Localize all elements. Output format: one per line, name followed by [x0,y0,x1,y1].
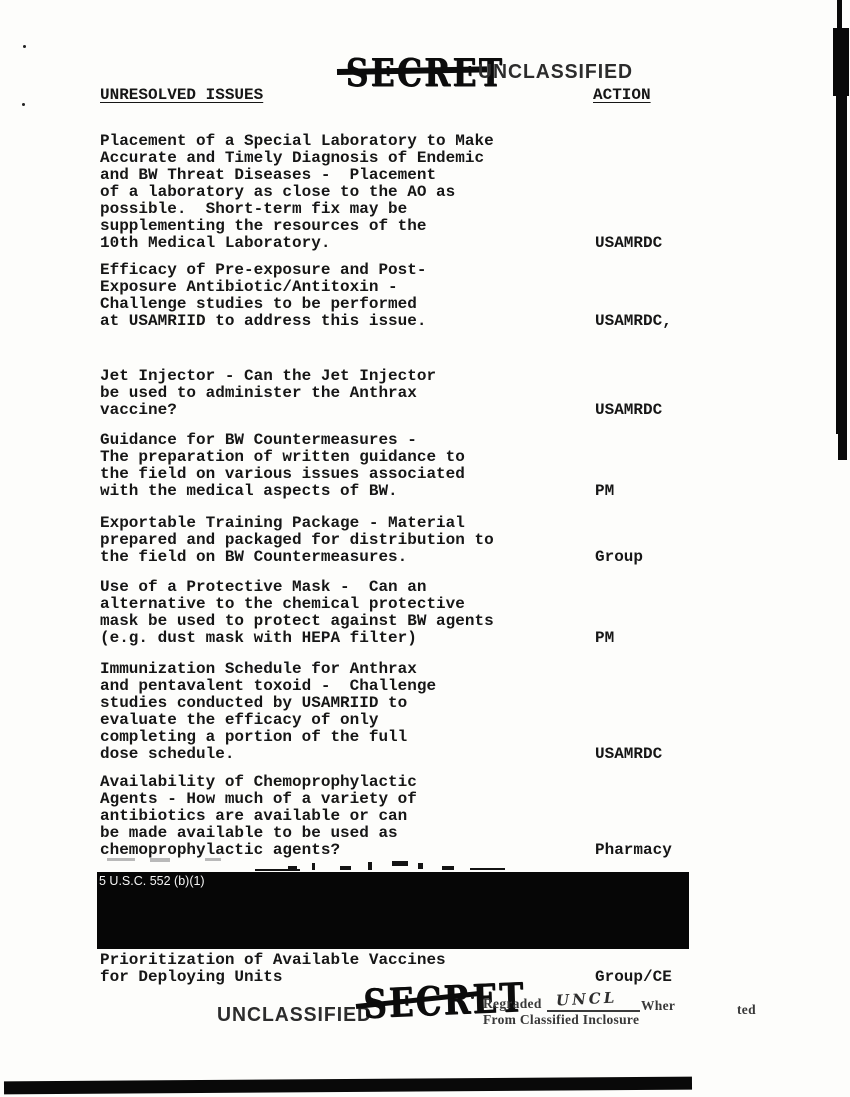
issue-row: Immunization Schedule for Anthrax and pe… [100,661,690,763]
issue-action-assignee: PM [595,630,614,647]
unclassified-stamp-footer: UNCLASSIFIED [217,1004,372,1027]
issue-text: Efficacy of Pre-exposure and Post- Expos… [100,262,595,330]
issue-action-assignee: USAMRDC [595,746,662,763]
scan-fragment [442,866,454,870]
scan-speck [23,45,26,48]
regraded-stamp-line1-suffix: Wher [641,998,675,1014]
scan-fragment [392,861,408,866]
regraded-stamp-line1-prefix: Regraded [483,996,542,1012]
scanned-document-page: SECRET UNCLASSIFIED UNRESOLVED ISSUES AC… [0,0,850,1097]
scan-fragment [255,869,300,871]
issue-text: Guidance for BW Countermeasures - The pr… [100,432,595,500]
issue-text: Use of a Protective Mask - Can an altern… [100,579,595,647]
issue-row: Guidance for BW Countermeasures - The pr… [100,432,690,500]
handwritten-uncl-annotation: UNCL [556,988,618,1009]
scan-fragment [205,858,221,861]
issue-action-assignee: Pharmacy [595,842,672,859]
column-header-unresolved-issues: UNRESOLVED ISSUES [100,86,263,104]
scan-artifact-right-bar [837,0,842,30]
scan-fragment [340,866,351,870]
scan-fragment [368,862,372,870]
issue-text: Availability of Chemoprophylactic Agents… [100,774,595,859]
issue-action-assignee: USAMRDC, [595,313,672,330]
issue-text: Immunization Schedule for Anthrax and pe… [100,661,595,763]
scan-fragment [470,868,505,870]
issue-row: Availability of Chemoprophylactic Agents… [100,774,690,859]
scan-artifact-bottom-bar [4,1077,692,1095]
issue-action-assignee: USAMRDC [595,235,662,252]
issue-row: Jet Injector - Can the Jet Injector be u… [100,368,690,419]
column-header-action: ACTION [593,86,651,104]
scan-fragment [312,863,315,870]
issue-action-assignee: USAMRDC [595,402,662,419]
issue-text: Placement of a Special Laboratory to Mak… [100,133,595,252]
redaction-exemption-label: 5 U.S.C. 552 (b)(1) [97,873,205,888]
issue-action-assignee: Group/CE [595,969,672,986]
redaction-box: 5 U.S.C. 552 (b)(1) [97,872,689,949]
scan-fragment [107,858,135,861]
scan-fragment [418,863,423,869]
scan-speck [471,996,474,999]
issue-text: Exportable Training Package - Material p… [100,515,595,566]
scan-fragment [150,858,170,862]
regraded-stamp-separated-fragment: ted [737,1002,756,1018]
unclassified-stamp-header: UNCLASSIFIED [478,61,633,84]
scan-artifact-right-bar [833,28,849,96]
scan-artifact-right-bar [838,432,847,460]
issue-row: Exportable Training Package - Material p… [100,515,690,566]
issue-action-assignee: PM [595,483,614,500]
regraded-stamp-line2: From Classified Inclosure [483,1012,639,1028]
issue-row: Use of a Protective Mask - Can an altern… [100,579,690,647]
issue-text: Jet Injector - Can the Jet Injector be u… [100,368,595,419]
issue-row: Efficacy of Pre-exposure and Post- Expos… [100,262,690,330]
issue-action-assignee: Group [595,549,643,566]
issue-row: Placement of a Special Laboratory to Mak… [100,133,690,252]
scan-artifact-right-bar [836,94,847,434]
scan-speck [22,103,25,106]
